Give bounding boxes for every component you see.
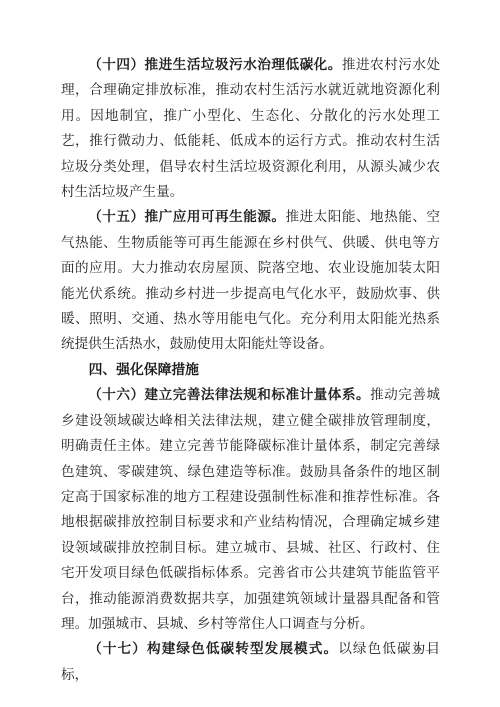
paragraph-16-lead: （十六）建立完善法律法规和标准计量体系。 [88,387,370,402]
paragraph-15: （十五）推广应用可再生能源。推进太阳能、地热能、空气热能、生物质能等可再生能源在… [61,204,440,356]
paragraph-15-text: 推进太阳能、地热能、空气热能、生物质能等可再生能源在乡村供气、供暖、供电等方面的… [61,209,440,351]
paragraph-16-text: 推动完善城乡建设领域碳达峰相关法律法规，建立健全碳排放管理制度，明确责任主体。建… [61,387,440,631]
paragraph-14-text: 推进农村污水处理，合理确定排放标准，推动农村生活污水就近就地资源化利用。因地制宜… [61,57,440,199]
section-header: 四、强化保障措施 [61,357,440,382]
document-body: （十四）推进生活垃圾污水治理低碳化。推进农村污水处理，合理确定排放标准，推动农村… [61,52,440,687]
document-page: （十四）推进生活垃圾污水治理低碳化。推进农村污水处理，合理确定排放标准，推动农村… [0,0,500,707]
paragraph-15-lead: （十五）推广应用可再生能源。 [88,209,285,224]
paragraph-17: （十七）构建绿色低碳转型发展模式。以绿色低碳为目标， [61,636,440,687]
paragraph-14-lead: （十四）推进生活垃圾污水治理低碳化。 [88,57,342,72]
paragraph-14: （十四）推进生活垃圾污水治理低碳化。推进农村污水处理，合理确定排放标准，推动农村… [61,52,440,204]
page-number: – 9 – [402,643,435,658]
paragraph-16: （十六）建立完善法律法规和标准计量体系。推动完善城乡建设领域碳达峰相关法律法规，… [61,382,440,636]
paragraph-17-lead: （十七）构建绿色低碳转型发展模式。 [88,641,338,656]
